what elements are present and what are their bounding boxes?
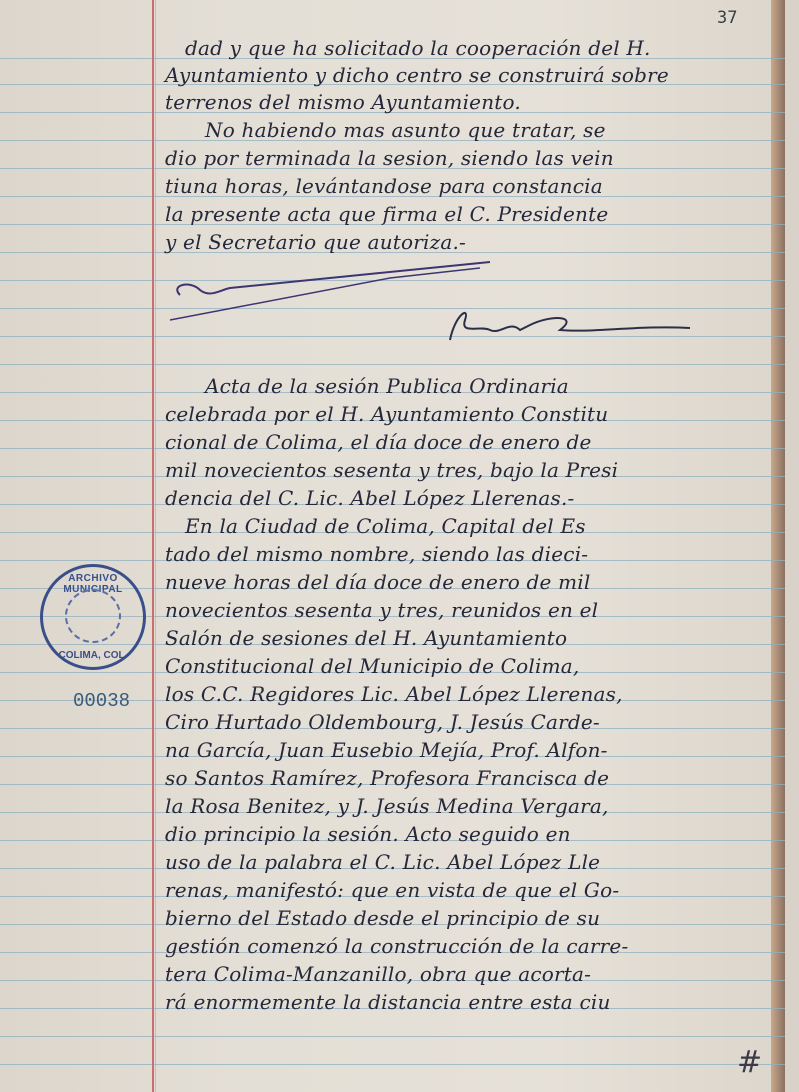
text-line: mil novecientos sesenta y tres, bajo la … <box>165 458 618 482</box>
text-line: Salón de sesiones del H. Ayuntamiento <box>165 626 567 650</box>
text-line: na García, Juan Eusebio Mejía, Prof. Alf… <box>165 738 608 762</box>
text-line: novecientos sesenta y tres, reunidos en … <box>165 598 598 622</box>
text-line: En la Ciudad de Colima, Capital del Es <box>185 514 586 538</box>
text-line: tiuna horas, levántandose para constanci… <box>165 174 603 198</box>
text-line: dad y que ha solicitado la cooperación d… <box>185 36 651 60</box>
text-line: Constitucional del Municipio de Colima, <box>165 654 579 678</box>
text-line: dio principio la sesión. Acto seguido en <box>165 822 571 846</box>
ruled-line <box>0 364 785 365</box>
text-line: la presente acta que firma el C. Preside… <box>165 202 608 226</box>
ledger-page: 37 dad y que ha solicitado la cooperació… <box>0 0 785 1092</box>
text-line: so Santos Ramírez, Profesora Francisca d… <box>165 766 609 790</box>
text-line: tado del mismo nombre, siendo las dieci- <box>165 542 588 566</box>
ruled-line <box>0 1036 785 1037</box>
stamp-emblem <box>65 589 121 643</box>
text-line: Ayuntamiento y dicho centro se construir… <box>165 63 669 87</box>
text-line: gestión comenzó la construcción de la ca… <box>165 934 628 958</box>
margin-line <box>152 0 154 1092</box>
text-line: cional de Colima, el día doce de enero d… <box>165 430 592 454</box>
stamp-bottom-text: COLIMA, COL. <box>43 650 143 661</box>
book-edge <box>771 0 785 1092</box>
text-line: Acta de la sesión Publica Ordinaria <box>205 374 569 398</box>
archive-stamp: ARCHIVO MUNICIPAL COLIMA, COL. <box>40 564 146 670</box>
text-line: No habiendo mas asunto que tratar, se <box>205 118 606 142</box>
text-line: dencia del C. Lic. Abel López Llerenas.- <box>165 486 574 510</box>
text-line: la Rosa Benitez, y J. Jesús Medina Verga… <box>165 794 609 818</box>
text-line: los C.C. Regidores Lic. Abel López Llere… <box>165 682 623 706</box>
text-line: terrenos del mismo Ayuntamiento. <box>165 90 521 114</box>
text-line: rá enormemente la distancia entre esta c… <box>165 990 611 1014</box>
ruled-line <box>0 1064 785 1065</box>
text-line: celebrada por el H. Ayuntamiento Constit… <box>165 402 608 426</box>
text-line: nueve horas del día doce de enero de mil <box>165 570 591 594</box>
secretary-signature <box>440 295 700 355</box>
margin-line-secondary <box>155 0 156 1092</box>
text-line: bierno del Estado desde el principio de … <box>165 906 600 930</box>
text-line: renas, manifestó: que en vista de que el… <box>165 878 619 902</box>
page-number: 37 <box>717 8 737 28</box>
text-line: dio por terminada la sesion, siendo las … <box>165 146 614 170</box>
text-line: uso de la palabra el C. Lic. Abel López … <box>165 850 600 874</box>
text-line: tera Colima-Manzanillo, obra que acorta- <box>165 962 591 986</box>
text-line: Ciro Hurtado Oldembourg, J. Jesús Carde- <box>165 710 600 734</box>
end-mark: # <box>737 1045 762 1080</box>
folio-number: 00038 <box>73 690 130 712</box>
